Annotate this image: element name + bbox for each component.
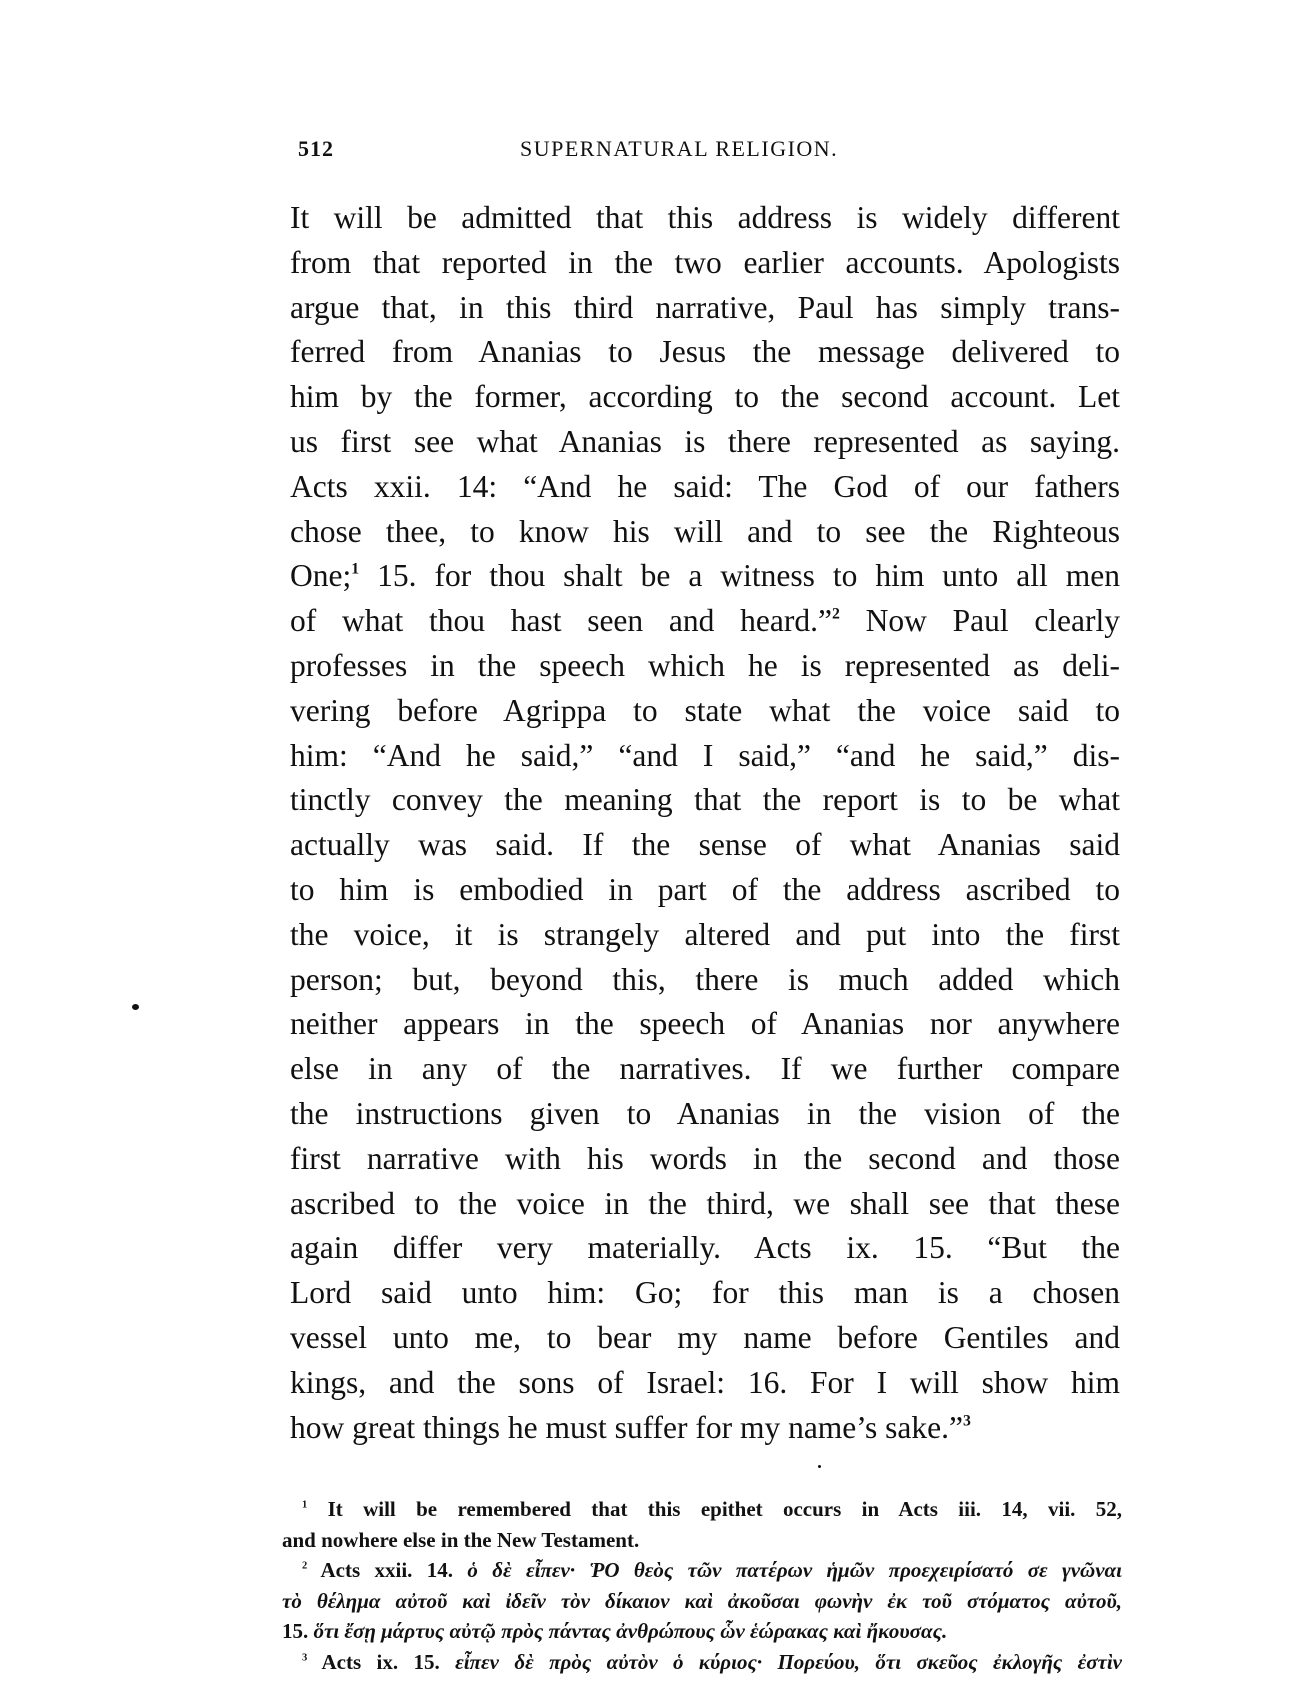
- footnote-ref-1[interactable]: 1: [351, 561, 359, 578]
- body-line: the instructions given to Ananias in the…: [290, 1092, 1120, 1137]
- verse-number: 15.: [282, 1619, 308, 1643]
- footnote-3: 3 Acts ix. 15. εἶπεν δὲ πρὸς αὐτὸν ὁ κύρ…: [282, 1647, 1122, 1678]
- greek-text: εἶπεν δὲ πρὸς αὐτὸν ὁ κύριος· Πορεύου, ὅ…: [455, 1650, 1122, 1674]
- footnote-line: and nowhere else in the New Testament.: [282, 1525, 1122, 1556]
- scan-speck: [818, 1465, 821, 1468]
- scan-speck: [132, 1004, 139, 1010]
- line-start: how great things he must suffer for my n…: [290, 1410, 963, 1445]
- body-line: One;1 15. for thou shalt be a witness to…: [290, 554, 1120, 599]
- line-rest: Now Paul clearly: [866, 603, 1120, 638]
- book-page: 512 SUPERNATURAL RELIGION. It will be ad…: [0, 0, 1292, 1700]
- body-line: how great things he must suffer for my n…: [290, 1406, 1120, 1451]
- body-line: vering before Agrippa to state what the …: [290, 689, 1120, 734]
- footnote-line: 1 It will be remembered that this epithe…: [282, 1494, 1122, 1525]
- running-title: SUPERNATURAL RELIGION.: [520, 136, 838, 162]
- body-line: ferred from Ananias to Jesus the message…: [290, 330, 1120, 375]
- running-head: 512 SUPERNATURAL RELIGION.: [298, 136, 1118, 170]
- footnote-marker: 1: [302, 1500, 307, 1511]
- footnote-ref-2[interactable]: 2: [832, 606, 840, 623]
- footnote-ref: Acts xxii. 14.: [320, 1558, 453, 1582]
- body-line: neither appears in the speech of Ananias…: [290, 1002, 1120, 1047]
- body-line: from that reported in the two earlier ac…: [290, 241, 1120, 286]
- body-line: ascribed to the voice in the third, we s…: [290, 1182, 1120, 1227]
- body-line: him by the former, according to the seco…: [290, 375, 1120, 420]
- greek-text: ὅτι ἔσῃ μάρτυς αὐτῷ πρὸς πάντας ἀνθρώπου…: [314, 1619, 948, 1643]
- body-line: tinctly convey the meaning that the repo…: [290, 778, 1120, 823]
- body-line: It will be admitted that this address is…: [290, 196, 1120, 241]
- body-line: to him is embodied in part of the addres…: [290, 868, 1120, 913]
- body-line: kings, and the sons of Israel: 16. For I…: [290, 1361, 1120, 1406]
- body-text: It will be admitted that this address is…: [290, 196, 1120, 1450]
- greek-text: ὁ δὲ εἶπεν· ῬΟ θεὸς τῶν πατέρων ἡμῶν προ…: [467, 1558, 1122, 1582]
- line-rest: 15. for thou shalt be a witness to him u…: [377, 558, 1120, 593]
- footnote-ref: Acts ix. 15.: [321, 1650, 439, 1674]
- body-line: person; but, beyond this, there is much …: [290, 958, 1120, 1003]
- body-line: professes in the speech which he is repr…: [290, 644, 1120, 689]
- line-start: One;: [290, 558, 351, 593]
- body-line: again differ very materially. Acts ix. 1…: [290, 1226, 1120, 1271]
- body-line: him: “And he said,” “and I said,” “and h…: [290, 734, 1120, 779]
- footnote-2: 2 Acts xxii. 14. ὁ δὲ εἶπεν· ῬΟ θεὸς τῶν…: [282, 1555, 1122, 1647]
- footnote-1: 1 It will be remembered that this epithe…: [282, 1494, 1122, 1555]
- footnote-line: 15. ὅτι ἔσῃ μάρτυς αὐτῷ πρὸς πάντας ἀνθρ…: [282, 1616, 1122, 1647]
- body-line: chose thee, to know his will and to see …: [290, 510, 1120, 555]
- body-line: actually was said. If the sense of what …: [290, 823, 1120, 868]
- line-start: of what thou hast seen and heard.”: [290, 603, 832, 638]
- footnote-line: 3 Acts ix. 15. εἶπεν δὲ πρὸς αὐτὸν ὁ κύρ…: [282, 1647, 1122, 1678]
- body-line: argue that, in this third narrative, Pau…: [290, 286, 1120, 331]
- footnote-ref-3[interactable]: 3: [963, 1412, 971, 1429]
- body-line: else in any of the narratives. If we fur…: [290, 1047, 1120, 1092]
- footnote-line: τὸ θέλημα αὐτοῦ καὶ ἰδεῖν τὸν δίκαιον κα…: [282, 1586, 1122, 1617]
- footnote-marker: 2: [302, 1561, 307, 1572]
- body-line: of what thou hast seen and heard.”2 Now …: [290, 599, 1120, 644]
- page-number: 512: [298, 136, 334, 162]
- footnote-line: 2 Acts xxii. 14. ὁ δὲ εἶπεν· ῬΟ θεὸς τῶν…: [282, 1555, 1122, 1586]
- body-line: the voice, it is strangely altered and p…: [290, 913, 1120, 958]
- body-line: Acts xxii. 14: “And he said: The God of …: [290, 465, 1120, 510]
- footnote-marker: 3: [302, 1652, 307, 1663]
- body-line: first narrative with his words in the se…: [290, 1137, 1120, 1182]
- footnotes: 1 It will be remembered that this epithe…: [282, 1494, 1122, 1677]
- body-line: Lord said unto him: Go; for this man is …: [290, 1271, 1120, 1316]
- body-line: us first see what Ananias is there repre…: [290, 420, 1120, 465]
- body-line: vessel unto me, to bear my name before G…: [290, 1316, 1120, 1361]
